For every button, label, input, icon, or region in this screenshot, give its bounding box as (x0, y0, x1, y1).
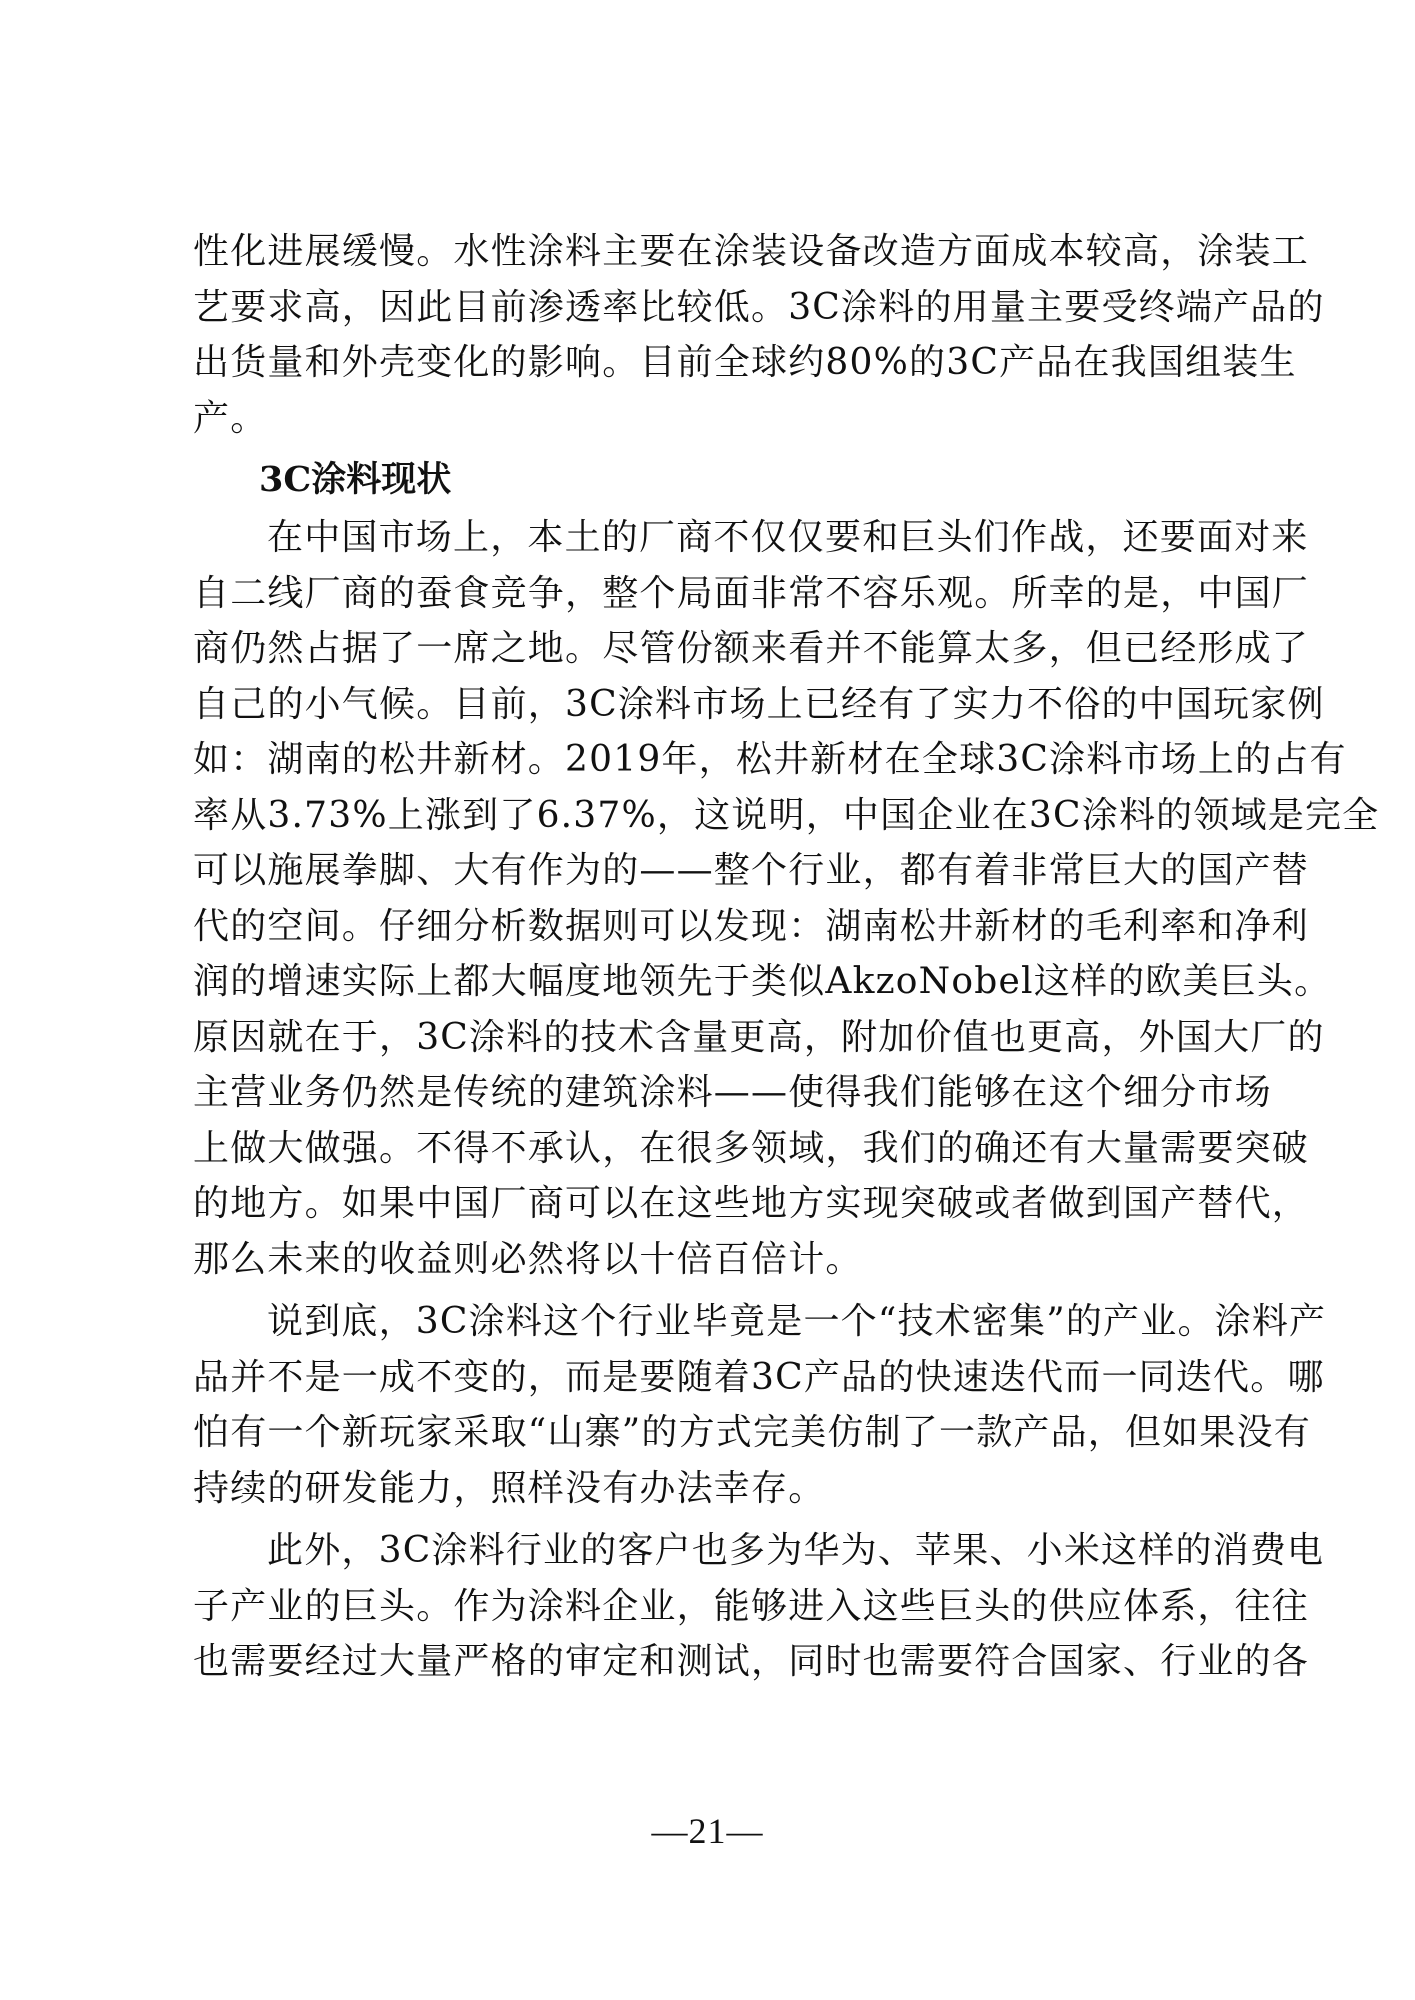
text-line: 代的空间。仔细分析数据则可以发现：湖南松井新材的毛利率和净利 (193, 899, 1243, 955)
text-line: 怕有一个新玩家采取“山寨”的方式完美仿制了一款产品，但如果没有 (193, 1405, 1243, 1461)
text-line: 此外，3C涂料行业的客户也多为华为、苹果、小米这样的消费电 (193, 1523, 1243, 1579)
paragraph-technology-intensive: 说到底，3C涂料这个行业毕竟是一个“技术密集”的产业。涂料产 品并不是一成不变的… (193, 1294, 1243, 1516)
text-line: 上做大做强。不得不承认，在很多领域，我们的确还有大量需要突破 (193, 1121, 1243, 1177)
document-page: 性化进展缓慢。水性涂料主要在涂装设备改造方面成本较高，涂装工 艺要求高，因此目前… (193, 224, 1243, 1690)
text-line: 也需要经过大量严格的审定和测试，同时也需要符合国家、行业的各 (193, 1634, 1243, 1690)
paragraph-continued: 性化进展缓慢。水性涂料主要在涂装设备改造方面成本较高，涂装工 艺要求高，因此目前… (193, 224, 1243, 446)
text-line: 品并不是一成不变的，而是要随着3C产品的快速迭代而一同迭代。哪 (193, 1350, 1243, 1406)
text-line: 率从3.73%上涨到了6.37%，这说明，中国企业在3C涂料的领域是完全 (193, 788, 1243, 844)
text-line: 产。 (193, 391, 1243, 447)
text-line: 艺要求高，因此目前渗透率比较低。3C涂料的用量主要受终端产品的 (193, 280, 1243, 336)
text-line: 可以施展拳脚、大有作为的——整个行业，都有着非常巨大的国产替 (193, 843, 1243, 899)
paragraph-market-status: 在中国市场上，本土的厂商不仅仅要和巨头们作战，还要面对来 自二线厂商的蚕食竞争，… (193, 510, 1243, 1287)
text-line: 持续的研发能力，照样没有办法幸存。 (193, 1461, 1243, 1517)
text-line: 润的增速实际上都大幅度地领先于类似AkzoNobel这样的欧美巨头。 (193, 954, 1243, 1010)
paragraph-customers: 此外，3C涂料行业的客户也多为华为、苹果、小米这样的消费电 子产业的巨头。作为涂… (193, 1523, 1243, 1690)
text-line: 性化进展缓慢。水性涂料主要在涂装设备改造方面成本较高，涂装工 (193, 224, 1243, 280)
text-line: 主营业务仍然是传统的建筑涂料——使得我们能够在这个细分市场 (193, 1065, 1243, 1121)
text-line: 原因就在于，3C涂料的技术含量更高，附加价值也更高，外国大厂的 (193, 1010, 1243, 1066)
text-line: 出货量和外壳变化的影响。目前全球约80%的3C产品在我国组装生 (193, 335, 1243, 391)
text-line: 如：湖南的松井新材。2019年，松井新材在全球3C涂料市场上的占有 (193, 732, 1243, 788)
text-line: 商仍然占据了一席之地。尽管份额来看并不能算太多，但已经形成了 (193, 621, 1243, 677)
page-number: —21— (0, 1810, 1415, 1852)
text-line: 自己的小气候。目前，3C涂料市场上已经有了实力不俗的中国玩家例 (193, 677, 1243, 733)
text-line: 说到底，3C涂料这个行业毕竟是一个“技术密集”的产业。涂料产 (193, 1294, 1243, 1350)
text-line: 那么未来的收益则必然将以十倍百倍计。 (193, 1232, 1243, 1288)
text-line: 子产业的巨头。作为涂料企业，能够进入这些巨头的供应体系，往往 (193, 1579, 1243, 1635)
section-heading: 3C涂料现状 (193, 448, 1243, 508)
text-line: 的地方。如果中国厂商可以在这些地方实现突破或者做到国产替代， (193, 1176, 1243, 1232)
text-line: 自二线厂商的蚕食竞争，整个局面非常不容乐观。所幸的是，中国厂 (193, 566, 1243, 622)
text-line: 在中国市场上，本土的厂商不仅仅要和巨头们作战，还要面对来 (193, 510, 1243, 566)
